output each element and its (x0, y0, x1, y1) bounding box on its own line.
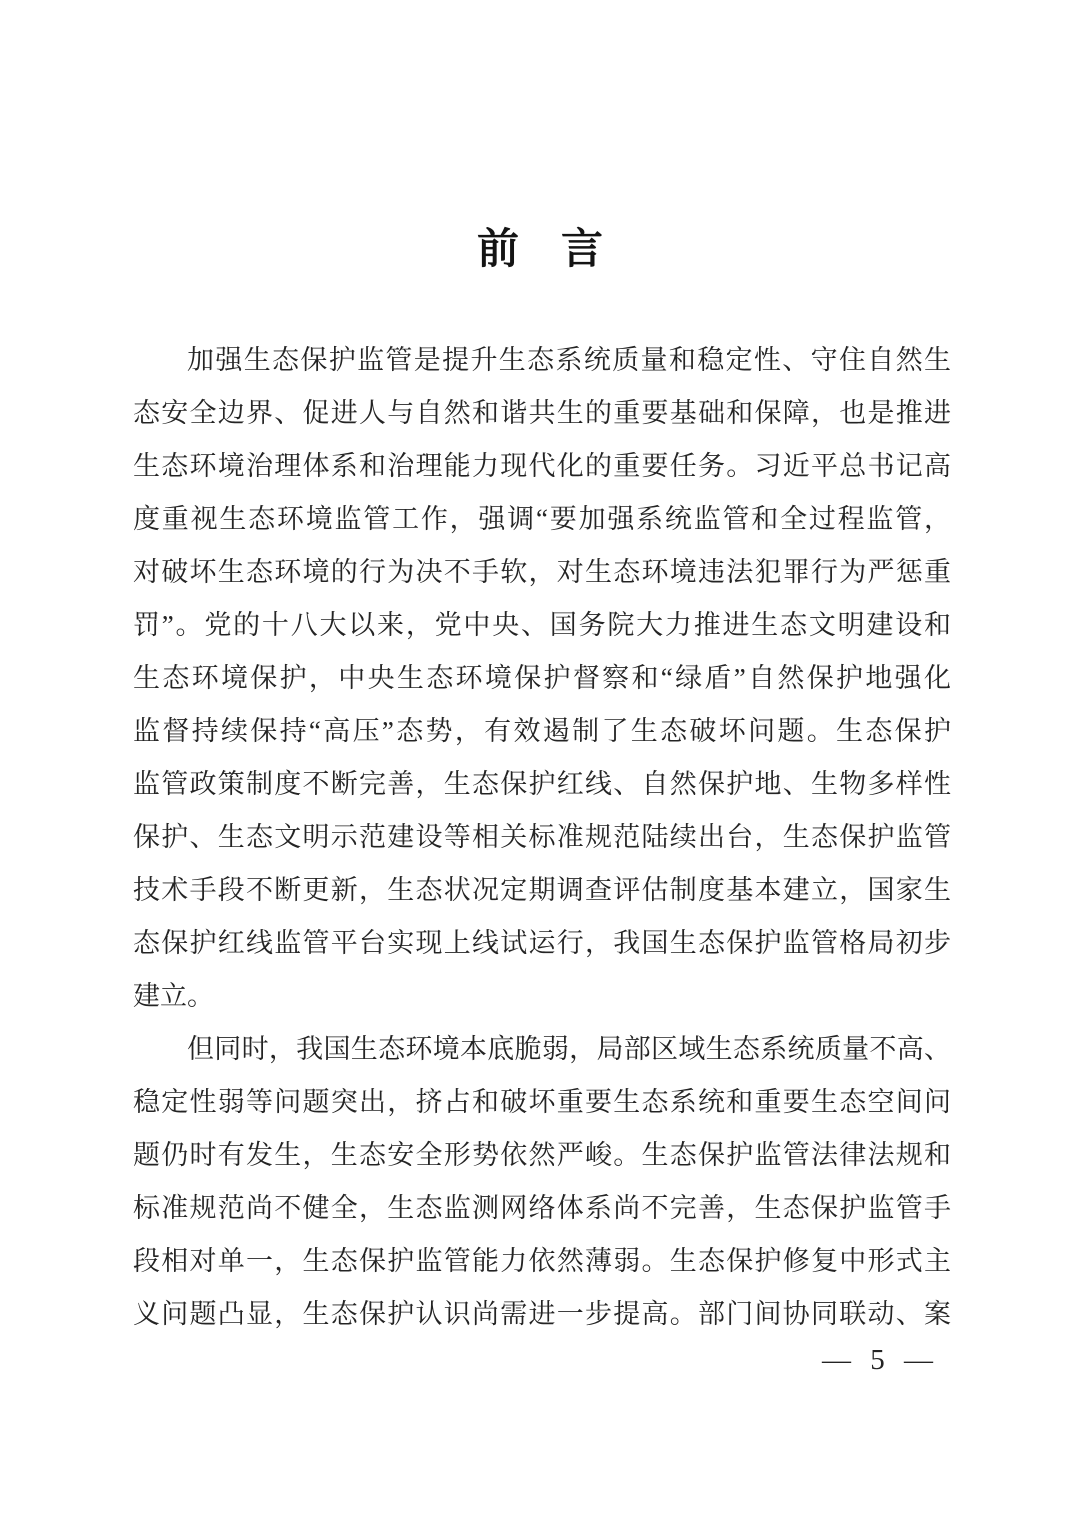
body-line: 生态环境保护，中央生态环境保护督察和“绿盾”自然保护地强化 (133, 652, 951, 705)
preface-body: 加强生态保护监管是提升生态系统质量和稳定性、守住自然生 态安全边界、促进人与自然… (133, 334, 951, 1341)
body-line: 段相对单一，生态保护监管能力依然薄弱。生态保护修复中形式主 (133, 1235, 951, 1288)
body-line: 加强生态保护监管是提升生态系统质量和稳定性、守住自然生 (133, 334, 951, 387)
paragraph: 但同时，我国生态环境本底脆弱，局部区域生态系统质量不高、 稳定性弱等问题突出，挤… (133, 1023, 951, 1341)
body-line: 但同时，我国生态环境本底脆弱，局部区域生态系统质量不高、 (133, 1023, 951, 1076)
body-line: 态安全边界、促进人与自然和谐共生的重要基础和保障，也是推进 (133, 387, 951, 440)
paragraph: 加强生态保护监管是提升生态系统质量和稳定性、守住自然生 态安全边界、促进人与自然… (133, 334, 951, 1023)
body-line: 度重视生态环境监管工作，强调“要加强系统监管和全过程监管， (133, 493, 951, 546)
body-line: 监管政策制度不断完善，生态保护红线、自然保护地、生物多样性 (133, 758, 951, 811)
body-line: 技术手段不断更新，生态状况定期调查评估制度基本建立，国家生 (133, 864, 951, 917)
body-line: 稳定性弱等问题突出，挤占和破坏重要生态系统和重要生态空间问 (133, 1076, 951, 1129)
body-line: 监督持续保持“高压”态势，有效遏制了生态破坏问题。生态保护 (133, 705, 951, 758)
page-title: 前 言 (0, 226, 1080, 272)
body-line: 标准规范尚不健全，生态监测网络体系尚不完善，生态保护监管手 (133, 1182, 951, 1235)
body-line: 罚”。党的十八大以来，党中央、国务院大力推进生态文明建设和 (133, 599, 951, 652)
body-line: 题仍时有发生，生态安全形势依然严峻。生态保护监管法律法规和 (133, 1129, 951, 1182)
body-line: 义问题凸显，生态保护认识尚需进一步提高。部门间协同联动、案 (133, 1288, 951, 1341)
body-line: 对破坏生态环境的行为决不手软，对生态环境违法犯罪行为严惩重 (133, 546, 951, 599)
body-line: 建立。 (133, 970, 951, 1023)
document-page: 前 言 加强生态保护监管是提升生态系统质量和稳定性、守住自然生 态安全边界、促进… (0, 0, 1080, 1527)
page-number: — 5 — (822, 1340, 939, 1380)
body-line: 生态环境治理体系和治理能力现代化的重要任务。习近平总书记高 (133, 440, 951, 493)
body-line: 态保护红线监管平台实现上线试运行，我国生态保护监管格局初步 (133, 917, 951, 970)
body-line: 保护、生态文明示范建设等相关标准规范陆续出台，生态保护监管 (133, 811, 951, 864)
